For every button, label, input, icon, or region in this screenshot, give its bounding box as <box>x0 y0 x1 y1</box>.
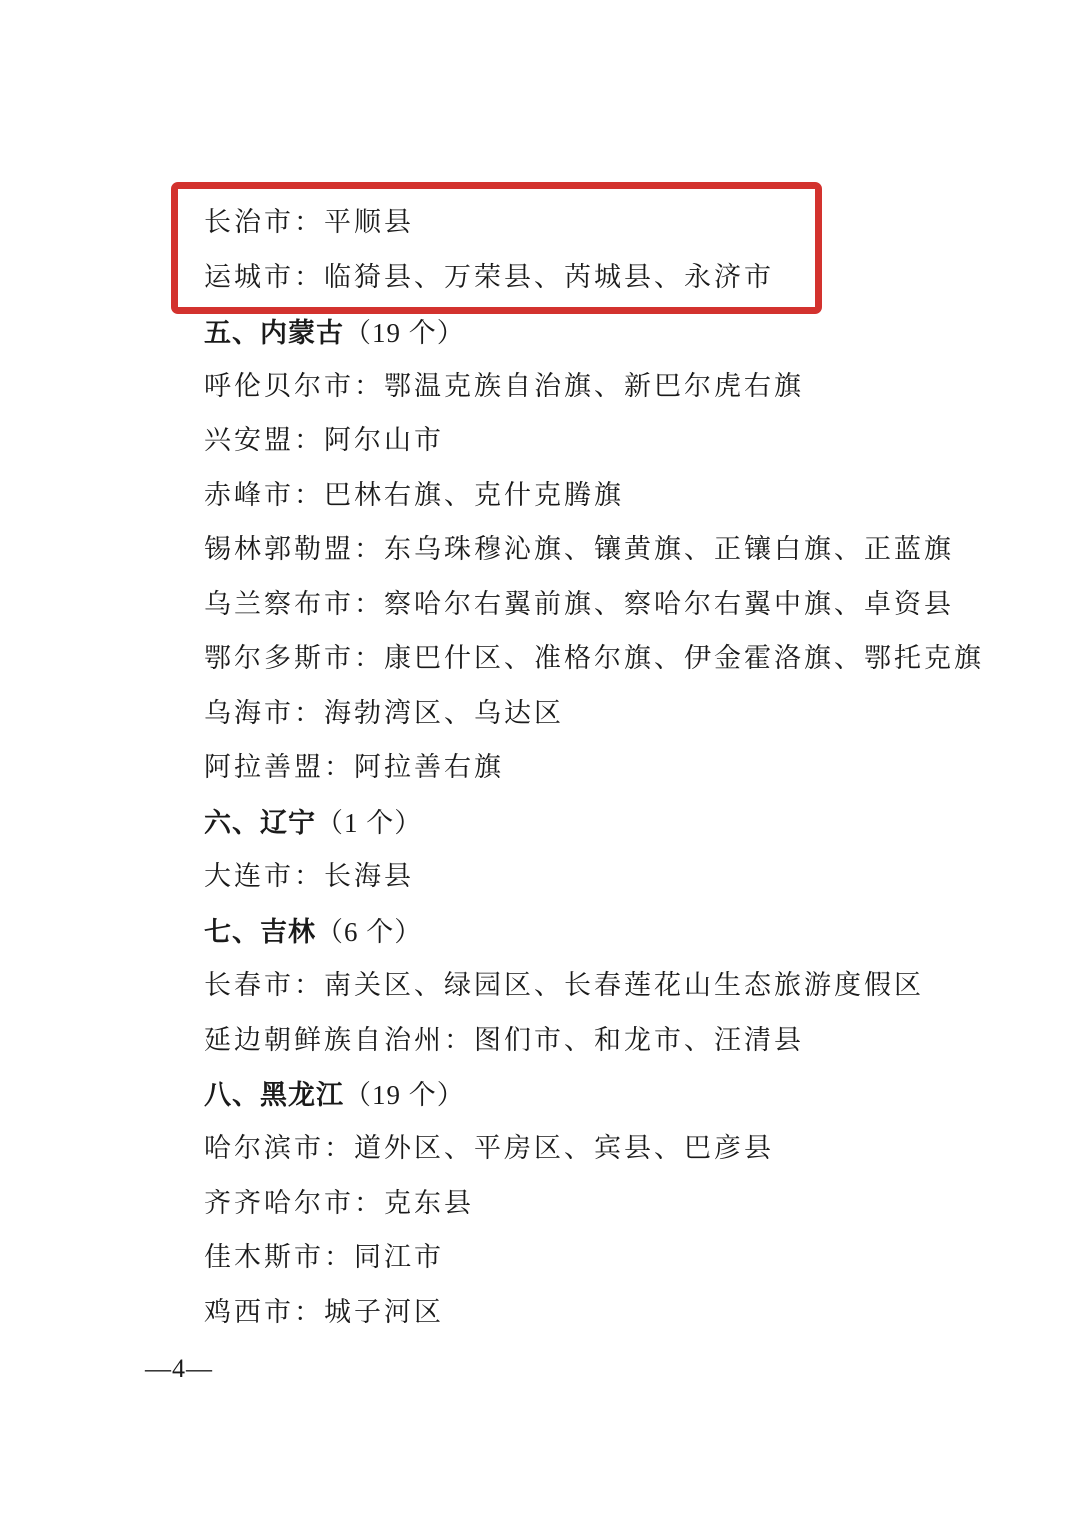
city-label: 乌海市： <box>204 698 324 729</box>
county-list: 平顺县 <box>324 207 414 238</box>
list-line: 鄂尔多斯市：康巴什区、准格尔旗、伊金霍洛旗、鄂托克旗 <box>204 642 984 676</box>
county-list: 同江市 <box>354 1242 444 1273</box>
city-label: 鸡西市： <box>204 1297 324 1328</box>
heading-count: （19 个） <box>344 318 465 348</box>
county-list: 南关区、绿园区、长春莲花山生态旅游度假区 <box>324 970 924 1001</box>
heading-title: 八、黑龙江 <box>204 1080 344 1111</box>
list-line: 长春市：南关区、绿园区、长春莲花山生态旅游度假区 <box>204 969 924 1003</box>
county-list: 城子河区 <box>324 1297 444 1328</box>
county-list: 长海县 <box>324 861 414 892</box>
heading-title: 七、吉林 <box>204 917 316 948</box>
county-list: 鄂温克族自治旗、新巴尔虎右旗 <box>384 371 804 402</box>
heading-title: 五、内蒙古 <box>204 318 344 349</box>
county-list: 道外区、平房区、宾县、巴彦县 <box>354 1133 774 1164</box>
county-list: 海勃湾区、乌达区 <box>324 698 564 729</box>
section-heading-liaoning: 六、辽宁（1 个） <box>204 806 422 841</box>
city-label: 呼伦贝尔市： <box>204 371 384 402</box>
list-line: 阿拉善盟：阿拉善右旗 <box>204 751 504 785</box>
county-list: 克东县 <box>384 1188 474 1219</box>
county-list: 康巴什区、准格尔旗、伊金霍洛旗、鄂托克旗 <box>384 643 984 674</box>
county-list: 临猗县、万荣县、芮城县、永济市 <box>324 262 774 293</box>
list-line: 鸡西市：城子河区 <box>204 1296 444 1330</box>
section-heading-heilongjiang: 八、黑龙江（19 个） <box>204 1078 465 1113</box>
city-label: 乌兰察布市： <box>204 589 384 620</box>
city-label: 哈尔滨市： <box>204 1133 354 1164</box>
page-number: —4— <box>145 1352 213 1386</box>
heading-count: （1 个） <box>316 808 422 838</box>
city-label: 赤峰市： <box>204 480 324 511</box>
list-line-changzhi: 长治市：平顺县 <box>204 206 414 240</box>
list-line: 呼伦贝尔市：鄂温克族自治旗、新巴尔虎右旗 <box>204 370 804 404</box>
heading-title: 六、辽宁 <box>204 808 316 839</box>
heading-count: （6 个） <box>316 917 422 947</box>
city-label: 锡林郭勒盟： <box>204 534 384 565</box>
city-label: 兴安盟： <box>204 425 324 456</box>
city-label: 延边朝鲜族自治州： <box>204 1025 474 1056</box>
section-heading-inner-mongolia: 五、内蒙古（19 个） <box>204 316 465 351</box>
county-list: 阿拉善右旗 <box>354 752 504 783</box>
city-label: 运城市： <box>204 262 324 293</box>
list-line: 赤峰市：巴林右旗、克什克腾旗 <box>204 479 624 513</box>
city-label: 佳木斯市： <box>204 1242 354 1273</box>
county-list: 巴林右旗、克什克腾旗 <box>324 480 624 511</box>
list-line: 乌海市：海勃湾区、乌达区 <box>204 697 564 731</box>
list-line-yuncheng: 运城市：临猗县、万荣县、芮城县、永济市 <box>204 261 774 295</box>
city-label: 鄂尔多斯市： <box>204 643 384 674</box>
city-label: 大连市： <box>204 861 324 892</box>
section-heading-jilin: 七、吉林（6 个） <box>204 915 422 950</box>
city-label: 长春市： <box>204 970 324 1001</box>
list-line: 兴安盟：阿尔山市 <box>204 424 444 458</box>
list-line: 大连市：长海县 <box>204 860 414 894</box>
list-line: 佳木斯市：同江市 <box>204 1241 444 1275</box>
city-label: 齐齐哈尔市： <box>204 1188 384 1219</box>
county-list: 图们市、和龙市、汪清县 <box>474 1025 804 1056</box>
list-line: 哈尔滨市：道外区、平房区、宾县、巴彦县 <box>204 1132 774 1166</box>
list-line: 齐齐哈尔市：克东县 <box>204 1187 474 1221</box>
document-page: 长治市：平顺县 运城市：临猗县、万荣县、芮城县、永济市 五、内蒙古（19 个） … <box>0 0 1080 1527</box>
city-label: 阿拉善盟： <box>204 752 354 783</box>
list-line: 延边朝鲜族自治州：图们市、和龙市、汪清县 <box>204 1024 804 1058</box>
list-line: 锡林郭勒盟：东乌珠穆沁旗、镶黄旗、正镶白旗、正蓝旗 <box>204 533 954 567</box>
county-list: 察哈尔右翼前旗、察哈尔右翼中旗、卓资县 <box>384 589 954 620</box>
city-label: 长治市： <box>204 207 324 238</box>
county-list: 东乌珠穆沁旗、镶黄旗、正镶白旗、正蓝旗 <box>384 534 954 565</box>
county-list: 阿尔山市 <box>324 425 444 456</box>
list-line: 乌兰察布市：察哈尔右翼前旗、察哈尔右翼中旗、卓资县 <box>204 588 954 622</box>
heading-count: （19 个） <box>344 1080 465 1110</box>
